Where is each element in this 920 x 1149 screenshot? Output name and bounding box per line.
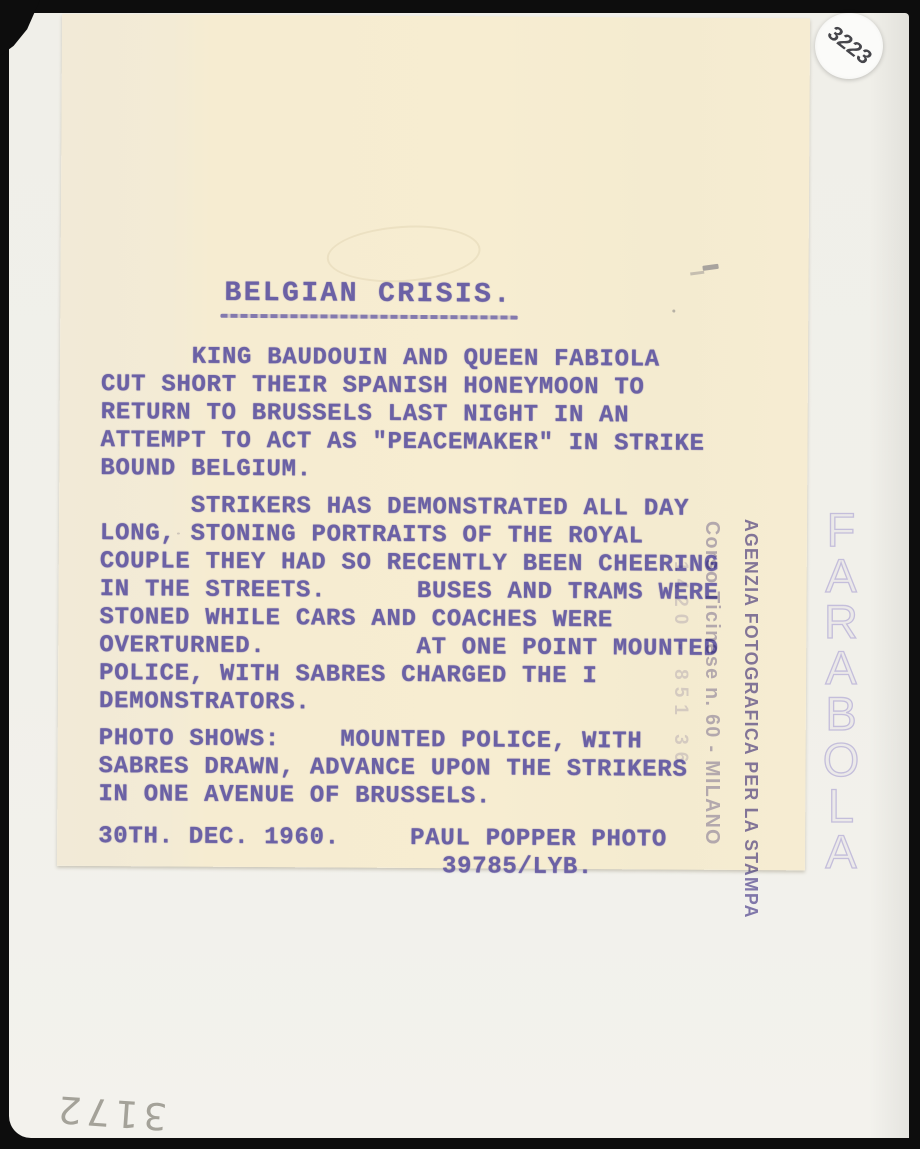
ghost-impression bbox=[325, 221, 482, 287]
ink-smudge bbox=[702, 264, 719, 271]
agency-stamp-phone: 1420 - 851 36 bbox=[669, 561, 691, 769]
caption-line: CUT SHORT THEIR SPANISH HONEYMOON TO bbox=[101, 371, 808, 403]
watermark-letter: B bbox=[803, 691, 879, 737]
watermark-letter: O bbox=[803, 737, 879, 783]
watermark-letter: A bbox=[803, 829, 879, 875]
caption-line: ATTEMPT TO ACT AS "PEACEMAKER" IN STRIKE bbox=[100, 427, 807, 459]
watermark-letter: A bbox=[803, 553, 879, 599]
watermark-letter: L bbox=[803, 783, 879, 829]
watermark-letter: A bbox=[803, 645, 879, 691]
sticker-number: 3223 bbox=[821, 22, 876, 69]
caption-line: BOUND BELGIUM. bbox=[100, 455, 807, 487]
farabola-watermark: FARABOLA bbox=[803, 507, 879, 875]
caption-sheet: BELGIAN CRISIS. KING BAUDOUIN AND QUEEN … bbox=[57, 14, 810, 871]
photo-back-paper: BELGIAN CRISIS. KING BAUDOUIN AND QUEEN … bbox=[9, 13, 909, 1138]
credit-agency: PAUL POPPER PHOTO bbox=[410, 825, 667, 855]
agency-stamp-address: Corso Ticinese n. 60 - MILANO bbox=[700, 521, 723, 846]
credit-reference: 39785/LYB. bbox=[442, 853, 667, 882]
caption-line: KING BAUDOUIN AND QUEEN FABIOLA bbox=[101, 343, 808, 375]
archive-number-sticker: 3223 bbox=[815, 13, 883, 79]
title-underline bbox=[220, 314, 518, 320]
caption-paragraph: KING BAUDOUIN AND QUEEN FABIOLACUT SHORT… bbox=[100, 343, 808, 487]
watermark-letter: R bbox=[803, 599, 879, 645]
watermark-letter: F bbox=[803, 507, 879, 553]
caption-line: RETURN TO BRUSSELS LAST NIGHT IN AN bbox=[101, 399, 808, 431]
paper-speck bbox=[177, 533, 180, 535]
photo-back-scan: BELGIAN CRISIS. KING BAUDOUIN AND QUEEN … bbox=[0, 0, 920, 1149]
caption-title: BELGIAN CRISIS. bbox=[224, 279, 808, 313]
caption-date: 30TH. DEC. 1960. bbox=[98, 823, 340, 851]
caption-line: STRIKERS HAS DEMONSTRATED ALL DAY bbox=[100, 492, 807, 524]
photo-credit: PAUL POPPER PHOTO 39785/LYB. bbox=[410, 825, 667, 883]
agency-stamp-name: AGENZIA FOTOGRAFICA PER LA STAMPA bbox=[740, 519, 761, 919]
paper-speck bbox=[672, 310, 675, 313]
pencil-number: 3172 bbox=[52, 1087, 169, 1138]
